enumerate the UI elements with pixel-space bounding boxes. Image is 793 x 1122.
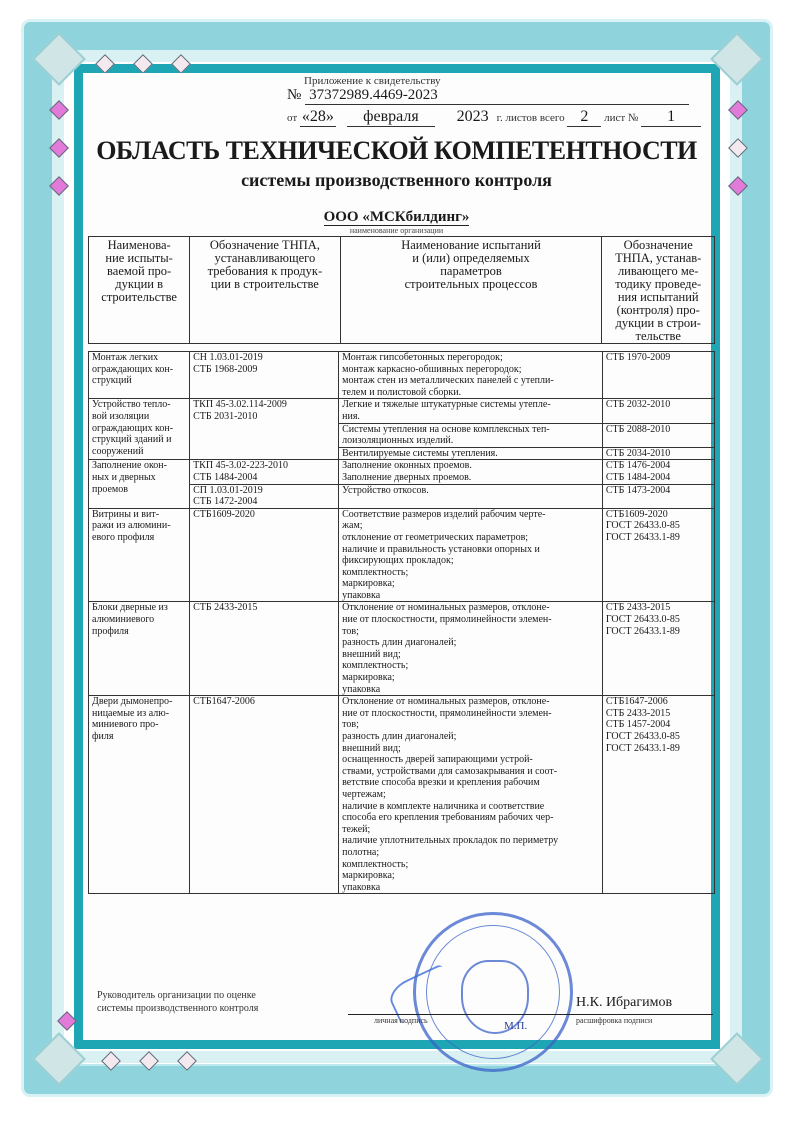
- border-band-top: [52, 50, 742, 62]
- text-line: ограждающих кон-: [92, 364, 186, 376]
- tests-cell: Отклонение от номинальных размеров, откл…: [339, 602, 603, 696]
- product-cell: Витрины и вит-ражи из алюмини-евого проф…: [89, 508, 190, 602]
- text-line: тов;: [342, 626, 599, 638]
- text-line: лоизоляционных изделий.: [342, 435, 599, 447]
- text-line: СТБ1647-2006: [606, 696, 711, 708]
- method-tnpa-cell: СТБ 1970-2009: [602, 352, 714, 399]
- text-line: Вентилируемые системы утепления.: [342, 448, 599, 460]
- text-line: Соответствие размеров изделий рабочим че…: [342, 509, 599, 521]
- text-line: упаковка: [342, 882, 599, 894]
- text-line: СТБ1609-2020: [193, 509, 335, 521]
- sheet-number-value: 1: [641, 108, 701, 127]
- requirements-tnpa-cell: СТБ1609-2020: [190, 508, 339, 602]
- text-line: тельстве: [605, 330, 711, 343]
- number-prefix: №: [287, 87, 301, 103]
- text-line: СТБ 2034-2010: [606, 448, 711, 460]
- date-day: «28»: [300, 108, 336, 127]
- text-line: алюминиевого: [92, 614, 186, 626]
- text-line: ГОСТ 26433.1-89: [606, 743, 711, 755]
- text-line: маркировка;: [342, 578, 599, 590]
- table-row: Монтаж легкихограждающих кон-струкцийСН …: [89, 352, 715, 399]
- requirements-tnpa-cell: СТБ 2433-2015: [190, 602, 339, 696]
- tests-cell: Вентилируемые системы утепления.: [339, 447, 603, 460]
- tests-cell: Легкие и тяжелые штукатурные системы уте…: [339, 399, 603, 423]
- text-line: СТБ1647-2006: [193, 696, 335, 708]
- text-line: строительных процессов: [344, 278, 599, 291]
- text-line: СН 1.03.01-2019: [193, 352, 335, 364]
- text-line: фиксирующих прокладок;: [342, 555, 599, 567]
- tests-cell: Заполнение оконных проемов.Заполнение дв…: [339, 460, 603, 484]
- organization-name: ООО «МСКбилдинг»: [0, 209, 793, 226]
- sheets-total-value: 2: [567, 108, 601, 127]
- text-line: ствами, устройствами для самозакрывания …: [342, 766, 599, 778]
- header-requirements-tnpa: Обозначение ТНПА,устанавливающеготребова…: [190, 237, 340, 344]
- text-line: ГОСТ 26433.1-89: [606, 532, 711, 544]
- tests-cell: Отклонение от номинальных размеров, откл…: [339, 696, 603, 894]
- text-line: СТБ 1472-2004: [193, 496, 335, 508]
- method-tnpa-cell: СТБ 2032-2010: [602, 399, 714, 423]
- signer-name: Н.К. Ибрагимов: [576, 995, 672, 1011]
- text-line: Легкие и тяжелые штукатурные системы уте…: [342, 399, 599, 411]
- method-tnpa-cell: СТБ 1476-2004СТБ 1484-2004: [602, 460, 714, 484]
- text-line: ние от плоскостности, прямолинейности эл…: [342, 708, 599, 720]
- text-line: СТБ 2031-2010: [193, 411, 335, 423]
- text-line: ных и дверных: [92, 472, 186, 484]
- text-line: ние от плоскостности, прямолинейности эл…: [342, 614, 599, 626]
- text-line: СТБ 2088-2010: [606, 424, 711, 436]
- text-line: СТБ 1473-2004: [606, 485, 711, 497]
- method-tnpa-cell: СТБ 1473-2004: [602, 484, 714, 508]
- text-line: ограждающих кон-: [92, 423, 186, 435]
- text-line: Заполнение окон-: [92, 460, 186, 472]
- text-line: ТКП 45-3.02-223-2010: [193, 460, 335, 472]
- product-cell: Двери дымонепро-ницаемые из алю-миниевог…: [89, 696, 190, 894]
- text-line: наличие и правильность установки опорных…: [342, 544, 599, 556]
- text-line: вой изоляции: [92, 411, 186, 423]
- text-line: СТБ 1484-2004: [606, 472, 711, 484]
- sheets-total-label: листов всего: [505, 112, 564, 124]
- text-line: внешний вид;: [342, 649, 599, 661]
- product-cell: Блоки дверные изалюминиевогопрофиля: [89, 602, 190, 696]
- text-line: профиля: [92, 626, 186, 638]
- organization-caption: наименование организации: [0, 226, 793, 235]
- text-line: сооружений: [92, 446, 186, 458]
- date-line: от «28» февраля 2023г. листов всего 2 ли…: [287, 108, 701, 127]
- text-line: упаковка: [342, 590, 599, 602]
- certificate-number: № 37372989.4469-2023: [287, 87, 689, 105]
- product-cell: Устройство тепло-вой изоляцииограждающих…: [89, 399, 190, 460]
- text-line: оснащенность дверей запирающими устрой-: [342, 754, 599, 766]
- certificate-number-value: 37372989.4469-2023: [305, 87, 689, 105]
- text-line: комплектность;: [342, 859, 599, 871]
- document-title: ОБЛАСТЬ ТЕХНИЧЕСКОЙ КОМПЕТЕНТНОСТИ: [0, 136, 793, 166]
- text-line: СТБ 2433-2015: [606, 602, 711, 614]
- text-line: маркировка;: [342, 672, 599, 684]
- text-line: внешний вид;: [342, 743, 599, 755]
- text-line: монтаж каркасно-обшивных перегородок;: [342, 364, 599, 376]
- text-line: Витрины и вит-: [92, 509, 186, 521]
- text-line: СТБ 2032-2010: [606, 399, 711, 411]
- text-line: жам;: [342, 520, 599, 532]
- signature-caption: личная подпись: [374, 1016, 428, 1025]
- text-line: комплектность;: [342, 660, 599, 672]
- text-line: СТБ 1476-2004: [606, 460, 711, 472]
- text-line: ГОСТ 26433.1-89: [606, 626, 711, 638]
- signer-role: Руководитель организации по оценкесистем…: [97, 989, 258, 1015]
- table-row: Витрины и вит-ражи из алюмини-евого проф…: [89, 508, 715, 602]
- text-line: ния.: [342, 411, 599, 423]
- method-tnpa-cell: СТБ 2034-2010: [602, 447, 714, 460]
- date-prefix: от: [287, 112, 297, 124]
- text-line: разность длин диагоналей;: [342, 731, 599, 743]
- tests-cell: Монтаж гипсобетонных перегородок;монтаж …: [339, 352, 603, 399]
- text-line: СТБ 1970-2009: [606, 352, 711, 364]
- requirements-tnpa-cell: СН 1.03.01-2019СТБ 1968-2009: [190, 352, 339, 399]
- organization-name-text: ООО «МСКбилдинг»: [324, 209, 470, 226]
- header-tests: Наименование испытанийи (или) определяем…: [340, 237, 602, 344]
- text-line: телем и полистовой сборки.: [342, 387, 599, 399]
- text-line: СТБ 1968-2009: [193, 364, 335, 376]
- text-line: наличие в комплекте наличника и соответс…: [342, 801, 599, 813]
- text-line: ГОСТ 26433.0-85: [606, 520, 711, 532]
- text-line: Монтаж гипсобетонных перегородок;: [342, 352, 599, 364]
- requirements-tnpa-cell: СП 1.03.01-2019СТБ 1472-2004: [190, 484, 339, 508]
- text-line: способа его крепления требованиям рабочи…: [342, 812, 599, 824]
- header-method-tnpa: ОбозначениеТНПА, устанав-ливающего ме-то…: [602, 237, 715, 344]
- product-cell: Монтаж легкихограждающих кон-струкций: [89, 352, 190, 399]
- text-line: Отклонение от номинальных размеров, откл…: [342, 602, 599, 614]
- product-cell: Заполнение окон-ных и дверныхпроемов: [89, 460, 190, 508]
- text-line: монтаж стен из металлических панелей с у…: [342, 375, 599, 387]
- text-line: Двери дымонепро-: [92, 696, 186, 708]
- sheet-number-label: лист №: [604, 112, 638, 124]
- text-line: СТБ 2433-2015: [606, 708, 711, 720]
- text-line: миниевого про-: [92, 719, 186, 731]
- text-line: Системы утепления на основе комплексных …: [342, 424, 599, 436]
- table-row: Блоки дверные изалюминиевогопрофиляСТБ 2…: [89, 602, 715, 696]
- header-product: Наименова-ние испыты-ваемой про-дукции в…: [89, 237, 190, 344]
- text-line: Руководитель организации по оценке: [97, 989, 258, 1002]
- text-line: системы производственного контроля: [97, 1002, 258, 1015]
- competence-table-body: Монтаж легкихограждающих кон-струкцийСН …: [88, 351, 715, 894]
- text-line: СТБ 1484-2004: [193, 472, 335, 484]
- text-line: ции в строительстве: [193, 278, 336, 291]
- signer-name-caption: расшифровка подписи: [576, 1016, 652, 1025]
- text-line: Устройство тепло-: [92, 399, 186, 411]
- text-line: Заполнение дверных проемов.: [342, 472, 599, 484]
- text-line: ражи из алюмини-: [92, 520, 186, 532]
- requirements-tnpa-cell: СТБ1647-2006: [190, 696, 339, 894]
- text-line: тежей;: [342, 824, 599, 836]
- border-band-left: [52, 50, 64, 1063]
- method-tnpa-cell: СТБ 2433-2015ГОСТ 26433.0-85ГОСТ 26433.1…: [602, 602, 714, 696]
- text-line: струкций: [92, 375, 186, 387]
- text-line: Устройство откосов.: [342, 485, 599, 497]
- text-line: струкций зданий и: [92, 434, 186, 446]
- text-line: ГОСТ 26433.0-85: [606, 614, 711, 626]
- table-row: Устройство тепло-вой изоляцииограждающих…: [89, 399, 715, 423]
- text-line: отклонение от геометрических параметров;: [342, 532, 599, 544]
- text-line: ницаемые из алю-: [92, 708, 186, 720]
- document-subtitle: системы производственного контроля: [0, 170, 793, 191]
- requirements-tnpa-cell: ТКП 45-3.02-223-2010СТБ 1484-2004: [190, 460, 339, 484]
- tests-cell: Соответствие размеров изделий рабочим че…: [339, 508, 603, 602]
- competence-table-header: Наименова-ние испыты-ваемой про-дукции в…: [88, 236, 715, 344]
- seal-label: М.П.: [504, 1020, 527, 1032]
- text-line: Отклонение от номинальных размеров, откл…: [342, 696, 599, 708]
- text-line: филя: [92, 731, 186, 743]
- text-line: Монтаж легких: [92, 352, 186, 364]
- text-line: евого профиля: [92, 532, 186, 544]
- date-year: 2023: [449, 108, 497, 126]
- text-line: СТБ 1457-2004: [606, 719, 711, 731]
- text-line: СП 1.03.01-2019: [193, 485, 335, 497]
- text-line: Заполнение оконных проемов.: [342, 460, 599, 472]
- text-line: ГОСТ 26433.0-85: [606, 731, 711, 743]
- tests-cell: Устройство откосов.: [339, 484, 603, 508]
- text-line: СТБ 2433-2015: [193, 602, 335, 614]
- text-line: чертежам;: [342, 789, 599, 801]
- text-line: строительстве: [92, 291, 186, 304]
- tests-cell: Системы утепления на основе комплексных …: [339, 423, 603, 447]
- requirements-tnpa-cell: ТКП 45-3.02.114-2009СТБ 2031-2010: [190, 399, 339, 460]
- method-tnpa-cell: СТБ1609-2020ГОСТ 26433.0-85ГОСТ 26433.1-…: [602, 508, 714, 602]
- text-line: Блоки дверные из: [92, 602, 186, 614]
- attachment-label: Приложение к свидетельству: [304, 75, 441, 87]
- text-line: ветствие способа врезки и крепления рабо…: [342, 777, 599, 789]
- border-band-right: [730, 50, 742, 1063]
- table-row: Двери дымонепро-ницаемые из алю-миниевог…: [89, 696, 715, 894]
- text-line: проемов: [92, 484, 186, 496]
- table-row: Заполнение окон-ных и дверныхпроемовТКП …: [89, 460, 715, 484]
- text-line: ТКП 45-3.02.114-2009: [193, 399, 335, 411]
- method-tnpa-cell: СТБ1647-2006СТБ 2433-2015СТБ 1457-2004ГО…: [602, 696, 714, 894]
- text-line: комплектность;: [342, 567, 599, 579]
- date-month: февраля: [347, 108, 435, 127]
- method-tnpa-cell: СТБ 2088-2010: [602, 423, 714, 447]
- signature-line: [348, 1014, 713, 1015]
- text-line: маркировка;: [342, 870, 599, 882]
- text-line: наличие уплотнительных прокладок по пери…: [342, 835, 599, 847]
- text-line: разность длин диагоналей;: [342, 637, 599, 649]
- year-suffix: г.: [497, 112, 503, 124]
- text-line: СТБ1609-2020: [606, 509, 711, 521]
- text-line: полотна;: [342, 847, 599, 859]
- text-line: упаковка: [342, 684, 599, 696]
- text-line: тов;: [342, 719, 599, 731]
